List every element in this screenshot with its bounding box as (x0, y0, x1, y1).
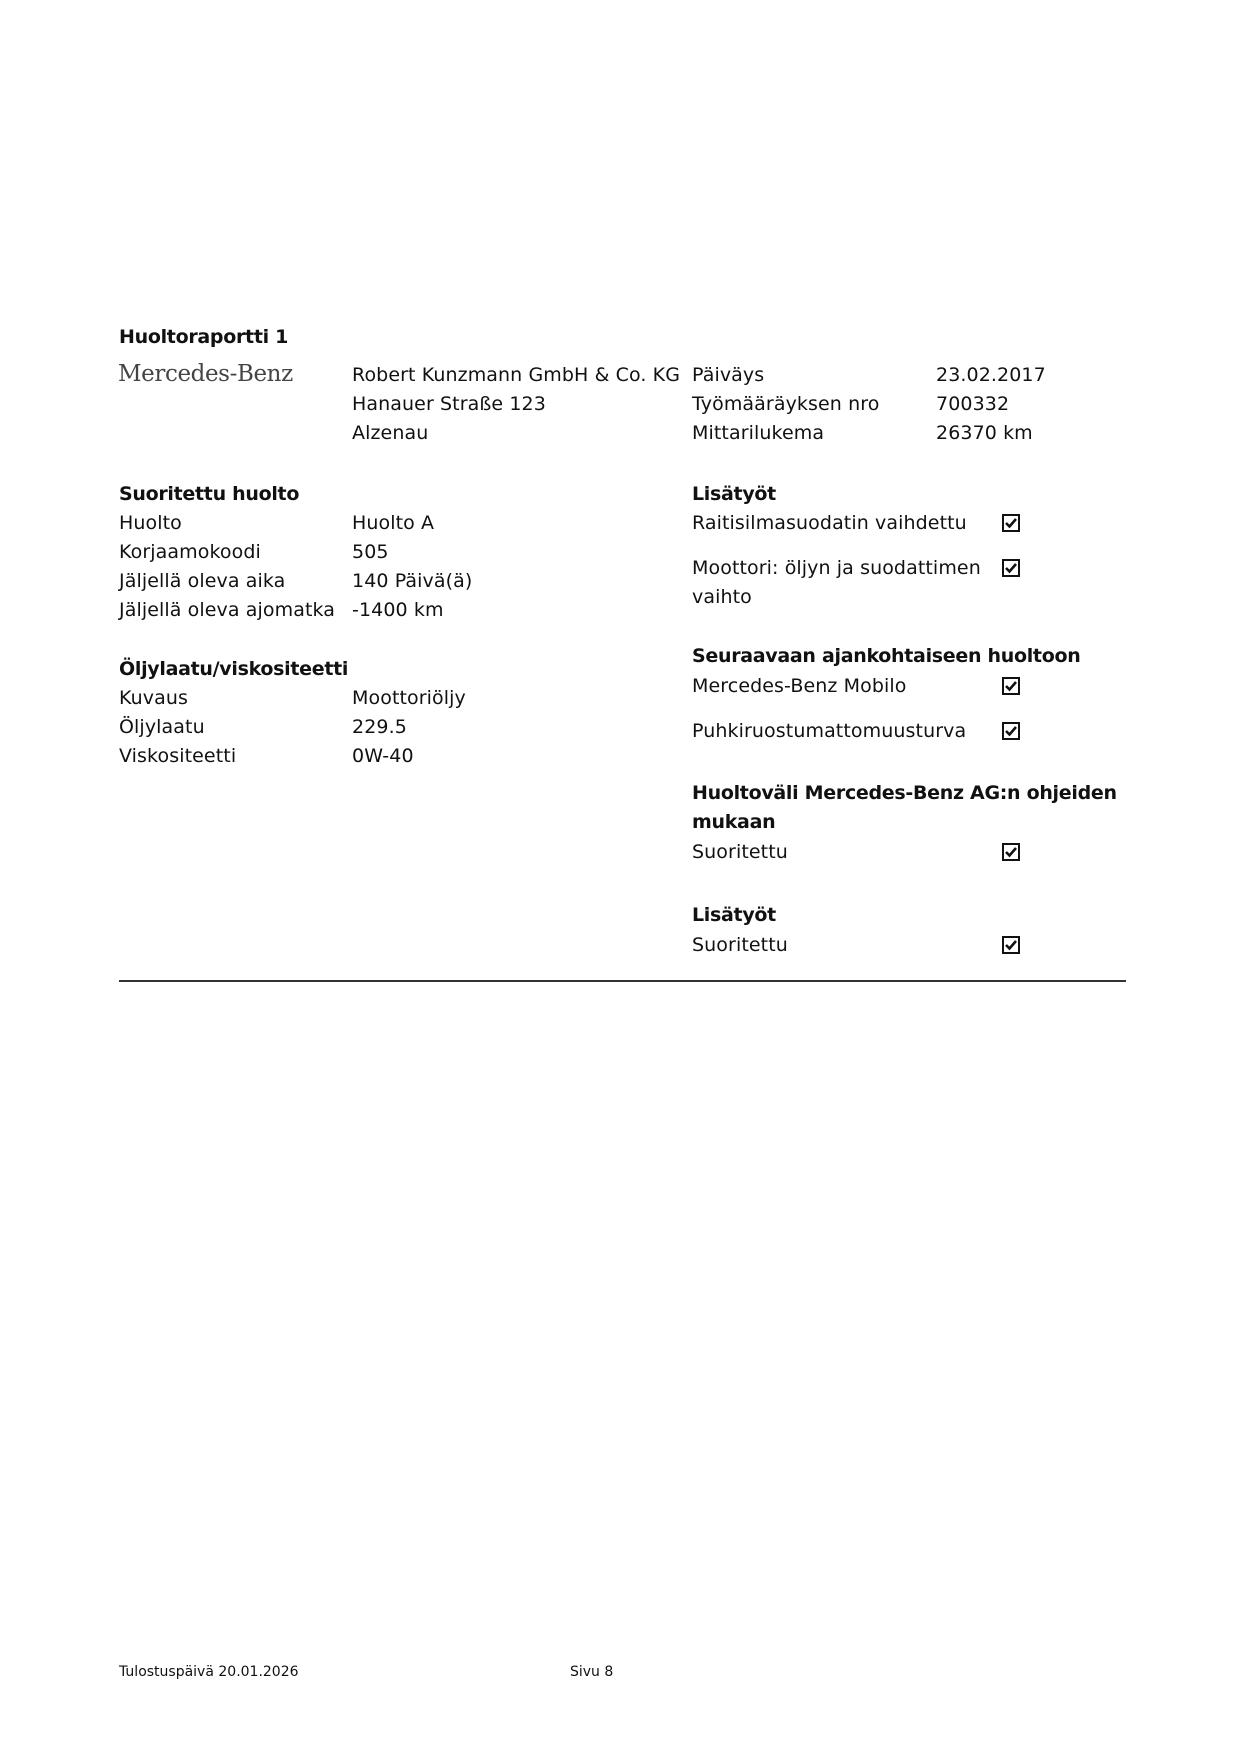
date-label: Päiväys (692, 364, 764, 386)
additional-work-2-checkbox[interactable] (1002, 936, 1020, 954)
oil-change-checkbox[interactable] (1002, 559, 1020, 577)
interval-done-checkbox[interactable] (1002, 843, 1020, 861)
rust-warranty-label: Puhkiruostumattomuusturva (692, 720, 966, 742)
work-order-value: 700332 (936, 393, 1009, 415)
dealer-name: Robert Kunzmann GmbH & Co. KG (352, 364, 680, 386)
remaining-time-label: Jäljellä oleva aika (119, 570, 285, 592)
checkmark-icon (1005, 846, 1017, 858)
remaining-time-value: 140 Päivä(ä) (352, 570, 472, 592)
additional-work-2-done-label: Suoritettu (692, 934, 788, 956)
dealer-street: Hanauer Straße 123 (352, 393, 546, 415)
additional-work-2-heading: Lisätyöt (692, 904, 776, 926)
cabin-filter-label: Raitisilmasuodatin vaihdettu (692, 512, 967, 534)
odometer-label: Mittarilukema (692, 422, 824, 444)
oil-heading: Öljylaatu/viskositeetti (119, 658, 348, 680)
additional-work-heading: Lisätyöt (692, 483, 776, 505)
oil-change-label: Moottori: öljyn ja suodattimen (692, 557, 981, 579)
checkmark-icon (1005, 562, 1017, 574)
checkmark-icon (1005, 517, 1017, 529)
section-divider (119, 980, 1126, 982)
mobilo-checkbox[interactable] (1002, 677, 1020, 695)
oil-description-value: Moottoriöljy (352, 687, 466, 709)
mercedes-benz-logo: Mercedes-Benz (118, 361, 293, 387)
mobilo-label: Mercedes-Benz Mobilo (692, 675, 906, 697)
report-title: Huoltoraportti 1 (119, 326, 288, 348)
performed-service-heading: Suoritettu huolto (119, 483, 299, 505)
checkmark-icon (1005, 680, 1017, 692)
work-order-label: Työmääräyksen nro (692, 393, 879, 415)
oil-description-label: Kuvaus (119, 687, 188, 709)
checkmark-icon (1005, 939, 1017, 951)
interval-heading-cont: mukaan (692, 811, 775, 833)
viscosity-value: 0W-40 (352, 745, 414, 767)
next-service-heading: Seuraavaan ajankohtaiseen huoltoon (692, 645, 1080, 667)
service-value: Huolto A (352, 512, 434, 534)
remaining-distance-value: -1400 km (352, 599, 444, 621)
oil-change-label-cont: vaihto (692, 586, 752, 608)
odometer-value: 26370 km (936, 422, 1033, 444)
oil-quality-label: Öljylaatu (119, 716, 205, 738)
dealer-city: Alzenau (352, 422, 428, 444)
interval-heading: Huoltoväli Mercedes-Benz AG:n ohjeiden (692, 782, 1117, 804)
viscosity-label: Viskositeetti (119, 745, 236, 767)
workshop-code-value: 505 (352, 541, 389, 563)
workshop-code-label: Korjaamokoodi (119, 541, 261, 563)
remaining-distance-label: Jäljellä oleva ajomatka (119, 599, 335, 621)
page-number: Sivu 8 (570, 1664, 613, 1680)
interval-done-label: Suoritettu (692, 841, 788, 863)
service-label: Huolto (119, 512, 182, 534)
checkmark-icon (1005, 725, 1017, 737)
rust-warranty-checkbox[interactable] (1002, 722, 1020, 740)
print-date: Tulostuspäivä 20.01.2026 (119, 1664, 299, 1680)
date-value: 23.02.2017 (936, 364, 1046, 386)
oil-quality-value: 229.5 (352, 716, 407, 738)
cabin-filter-checkbox[interactable] (1002, 514, 1020, 532)
